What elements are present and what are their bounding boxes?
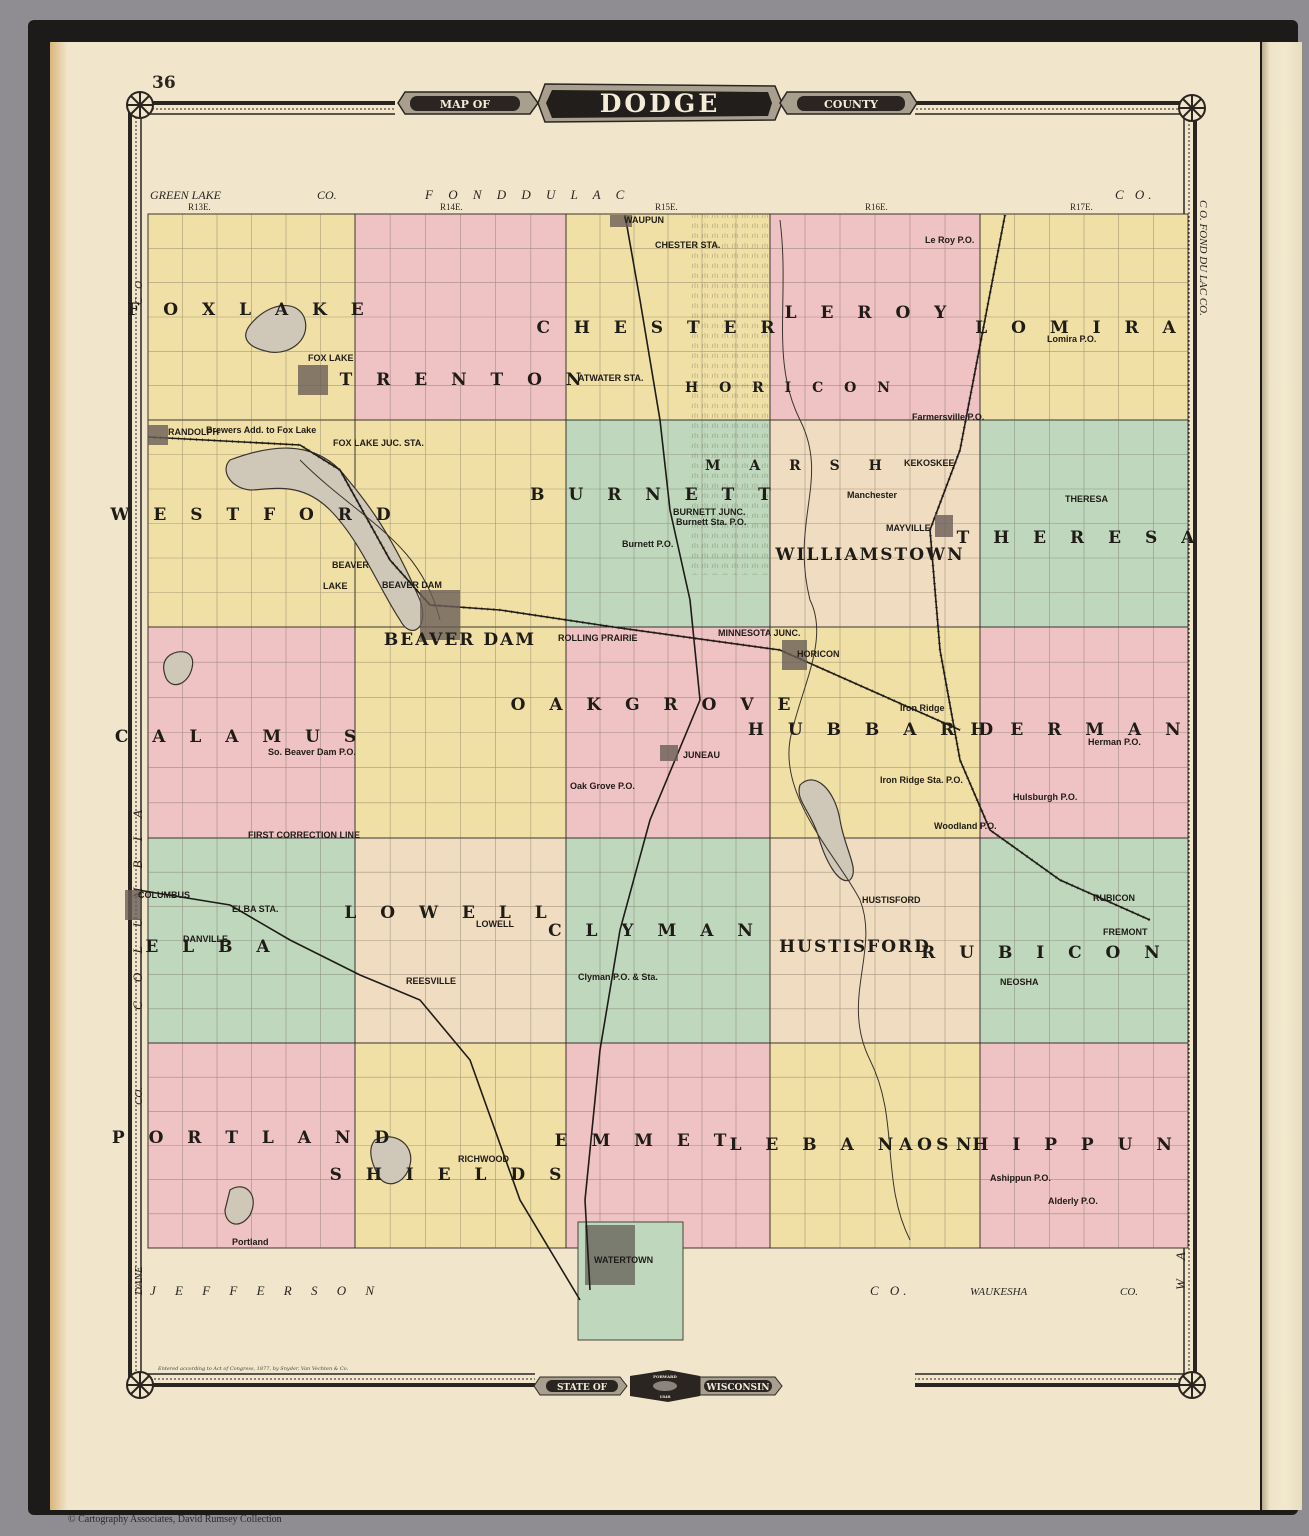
town-label: ROLLING PRAIRIE [558,633,638,643]
range-r13e: R13E. [188,202,211,212]
town-label: WATERTOWN [594,1255,653,1265]
town-label: JUNEAU [683,750,720,760]
town-label: RICHWOOD [458,1154,509,1164]
township-label: C H E S T E R [536,318,783,338]
town-label: ELBA STA. [232,904,279,914]
town-label: Le Roy P.O. [925,235,974,245]
range-r16e: R16E. [865,202,888,212]
east-fond-du-lac-label: C O. FOND DU LAC CO. [1197,200,1209,316]
township-label: T H E R E S A [957,528,1204,548]
seal-year: 1848 [659,1394,670,1399]
town-label: Iron Ridge [900,703,945,713]
town-label: CHESTER STA. [655,240,720,250]
town-label: Brewers Add. to Fox Lake [206,425,316,435]
south-jefferson-label: J E F F E R S O N [150,1283,382,1298]
town-label: THERESA [1065,494,1109,504]
range-r15e: R15E. [655,202,678,212]
town-label: DANVILLE [183,934,228,944]
town-label: RUBICON [1093,893,1135,903]
town-label: ATWATER STA. [578,373,644,383]
town-label: BEAVER [332,560,369,570]
township-label: W E S T F O R D [109,505,399,525]
north-green-lake-label: GREEN LAKE [150,188,222,202]
town-label: Lomira P.O. [1047,334,1096,344]
title-county-name: DODGE [600,89,721,118]
township-label: C L Y M A N [548,921,762,941]
town-label: FOX LAKE [308,353,354,363]
county-map: MAP OF DODGE COUNTY STATE OF WISCONSIN F… [0,0,1309,1536]
title-prefix: MAP OF [440,98,490,111]
footer-cartouche: STATE OF WISCONSIN FORWARD 1848 [534,1370,915,1402]
town-label: Burnett Sta. P.O. [676,517,746,527]
town-label: MAYVILLE [886,523,931,533]
juneau-city-block [660,745,678,761]
township-label: P O R T L A N D [112,1128,398,1148]
south-waukesha-label: WAUKESHA [970,1286,1028,1298]
town-label: Hulsburgh P.O. [1013,792,1077,802]
township-label: BEAVER DAM [384,630,536,650]
town-label: BURNETT JUNC. [673,507,746,517]
town-label: Burnett P.O. [622,539,673,549]
township-label: L O W E L L [344,903,555,923]
south-waukesha-co: CO. [1120,1286,1138,1298]
township-label: F O X L A K E [127,300,372,320]
range-r17e: R17E. [1070,202,1093,212]
north-fond-du-lac-co: C O. [1115,187,1156,202]
range-r14e: R14E. [440,202,463,212]
town-label: Woodland P.O. [934,821,997,831]
town-label: Ashippun P.O. [990,1173,1051,1183]
township-label: HUSTISFORD [779,937,931,957]
town-label: LOWELL [476,919,514,929]
town-label: Herman P.O. [1088,737,1141,747]
fox-lake-city-block [298,365,328,395]
north-fond-du-lac-label: F O N D D U L A C [424,187,630,202]
footer-wisconsin: WISCONSIN [706,1383,770,1393]
town-label: Iron Ridge Sta. P.O. [880,775,963,785]
horicon-label: H O R I C O N [685,380,898,396]
randolph-city-block [148,425,168,445]
town-label: WAUPUN [624,215,664,225]
township-label: WILLIAMSTOWN [774,545,964,565]
mayville-city-block [935,515,953,537]
north-green-lake-co: CO. [317,188,337,202]
collection-credit: © Cartography Associates, David Rumsey C… [68,1514,282,1525]
west-dane-label: DANE [133,1266,145,1296]
seal-motto: FORWARD [653,1374,677,1379]
township-label: C A L A M U S [115,727,365,747]
township-label: O A K G R O V E [511,695,800,715]
footer-state-of: STATE OF [557,1383,608,1393]
title-suffix: COUNTY [824,98,878,111]
town-label: REESVILLE [406,976,456,986]
town-label: LAKE [323,581,348,591]
town-label: MINNESOTA JUNC. [718,628,801,638]
town-label: Manchester [847,490,898,500]
west-dane-co: CO. [133,1087,145,1105]
marsh-label: M A R S H [705,458,894,474]
township-label: S H I E L D S [330,1165,571,1185]
township-label: T R E N T O N [340,370,591,390]
town-label: NEOSHA [1000,977,1039,987]
town-label: FREMONT [1103,927,1148,937]
township-label: H U B B A R D [748,720,1002,740]
title-cartouche: MAP OF DODGE COUNTY [395,84,917,122]
town-label: Farmersville P.O. [912,412,984,422]
township-label: L E R O Y [785,303,956,323]
town-label: FIRST CORRECTION LINE [248,830,360,840]
township-label: E M M E T [555,1131,736,1151]
town-label: BEAVER DAM [382,580,442,590]
town-label: HORICON [797,649,840,659]
town-label: Clyman P.O. & Sta. [578,972,658,982]
town-label: COLUMBUS [138,890,190,900]
range-labels: R13E. R14E. R15E. R16E. R17E. [188,202,1093,212]
town-label: Alderly P.O. [1048,1196,1098,1206]
township-label: A S H I P P U N [898,1135,1181,1155]
township-label: R U B I C O N [921,943,1169,963]
town-label: KEKOSKEE [904,458,955,468]
south-jefferson-co: C O. [870,1283,911,1298]
town-label: Portland [232,1237,269,1247]
copyright-line: Entered according to Act of Congress, 18… [157,1366,349,1372]
town-label: So. Beaver Dam P.O. [268,747,356,757]
township-label: H E R M A N [970,720,1189,740]
town-label: Oak Grove P.O. [570,781,635,791]
town-label: HUSTISFORD [862,895,921,905]
township-label: B U R N E T T [530,485,780,505]
town-label: FOX LAKE JUC. STA. [333,438,424,448]
